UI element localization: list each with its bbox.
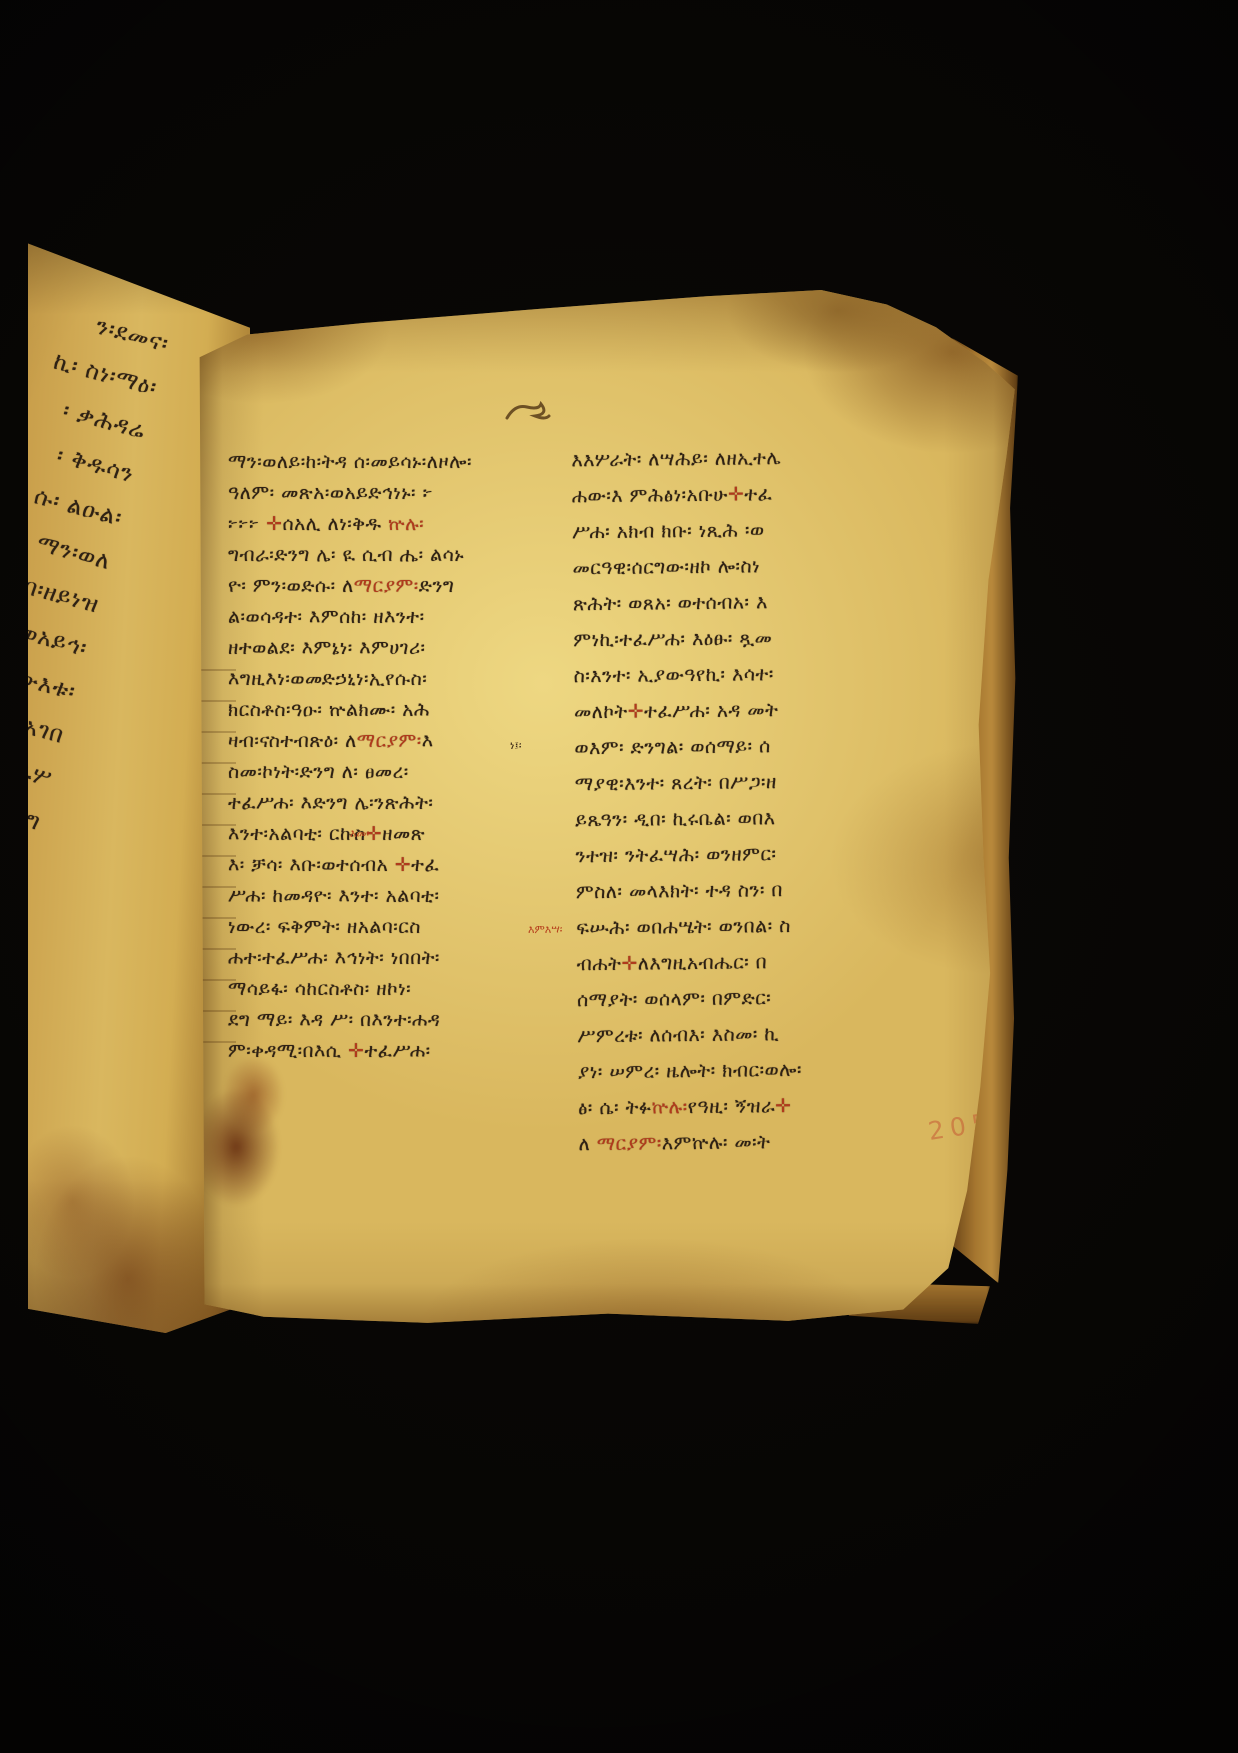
manuscript-photo: ን፡ደመና፡ኪ፡ ስነ፡ማዕ፡፡ ቃሕዳሬ፡ ቅዱሳንሱ፡ ልዑል፡እ ማን፡ወ… bbox=[0, 0, 1238, 1753]
manuscript-text-line: ይጼዓን፡ ዲበ፡ ኪሩቤል፡ ወበእ bbox=[575, 798, 1015, 839]
manuscript-text-line: ጽሕት፡ ወጸአ፡ ወተሰብአ፡ እ bbox=[573, 582, 1013, 623]
ink-text: ሥሐ፡ አክብ ክቡ፡ ነጺሕ ፡ወ bbox=[572, 519, 765, 543]
manuscript-text-line: ክርስቶስ፡ዓዑ፡ ኵልክሙ፡ አሕ bbox=[228, 695, 562, 726]
ink-text: ንግል፡ ዘእ bbox=[0, 876, 20, 923]
ink-text: ማን፡ወለይ፡ከ፡ትዳ ሰ፡መይሳኑ፡ለዞሎ፡ bbox=[228, 451, 472, 473]
rubric-text: ✛ bbox=[775, 1095, 792, 1117]
manuscript-text-line: እእሦራት፡ ለሣሕይ፡ ለዘኢተሌ bbox=[571, 438, 1011, 479]
ink-text: ለእግዚአብሔር፡ በ bbox=[638, 951, 768, 974]
ink-text: ዘተወልደ፡ እምኔነ፡ እምሀገሪ፡ bbox=[228, 637, 426, 659]
rubric-text: ✛ bbox=[395, 854, 411, 876]
ink-text: ደግ ማይ፡ እዳ ሥ፡ በእንተ፡ሐዳ bbox=[228, 1009, 440, 1031]
left-page-text: ን፡ደመና፡ኪ፡ ስነ፡ማዕ፡፡ ቃሕዳሬ፡ ቅዱሳንሱ፡ ልዑል፡እ ማን፡ወ… bbox=[0, 265, 174, 1193]
rubric-text: ✛ bbox=[348, 1040, 364, 1062]
ink-text: ሥሐ፡ ከመዳዮ፡ እንተ፡ አልባቲ፡ bbox=[228, 885, 439, 907]
ink-text: ምነኪ፡ተፈሥሐ፡ እዕፁ፡ ጿመ bbox=[573, 627, 772, 651]
ink-text: ወእም፡ ድንግል፡ ወሰማይ፡ ሰ bbox=[574, 735, 771, 759]
ink-text: ማሳይፋ፡ ሳከርስቶስ፡ ዘኮነ፡ bbox=[228, 978, 411, 1000]
ink-text: ምስለ፡ መላእክት፡ ተዳ ስን፡ በ bbox=[576, 879, 783, 903]
right-page: ማን፡ወለይ፡ከ፡ትዳ ሰ፡መይሳኑ፡ለዞሎ፡ዓለም፡ መጽአ፡ወአይድኅነኑ፡… bbox=[198, 290, 1018, 1325]
manuscript-text-line: ያነ፡ ሠምረ፡ ዜሎት፡ ክብር፡ወሎ፡ bbox=[578, 1050, 1018, 1091]
rubric-text: ማርያም፡ bbox=[357, 730, 422, 752]
interlinear-note: እምእሣ፡ bbox=[528, 924, 562, 935]
manuscript-text-line: ምስለ፡ መላእክት፡ ተዳ ስን፡ በ bbox=[576, 870, 1016, 911]
ink-text: እምኵሉ፡ መ፡ት bbox=[662, 1131, 771, 1154]
manuscript-text-line: እግዚእነ፡ወመድኃኒነ፡ኢየሱስ፡ bbox=[228, 664, 562, 695]
text-column-1: ማን፡ወለይ፡ከ፡ትዳ ሰ፡መይሳኑ፡ለዞሎ፡ዓለም፡ መጽአ፡ወአይድኅነኑ፡… bbox=[228, 447, 562, 1067]
manuscript-text-line: ዮ፡ ምን፡ወድሱ፡ ለማርያም፡ድንግ bbox=[228, 571, 562, 602]
ink-text: ለ bbox=[578, 1133, 596, 1155]
ink-text: ተፈሥሐ፡ እድንግ ሌ፡ንጽሕት፡ bbox=[228, 792, 433, 814]
manuscript-text-line: ነውረ፡ ፍቅምት፡ ዘአልባ፡ርስ bbox=[228, 912, 562, 943]
ink-text: ዮ፡ ምን፡ወድሱ፡ ለ bbox=[228, 575, 354, 597]
ink-text: ል፡ወሳዳተ፡ እምሰከ፡ ዘእንተ፡ bbox=[228, 606, 425, 628]
ink-text: ተፈ bbox=[744, 483, 772, 505]
ink-text: ቢነ፡ ወአው bbox=[0, 829, 32, 880]
ink-text: ሥምረቱ፡ ለሰብእ፡ እስመ፡ ኪ bbox=[577, 1023, 779, 1047]
ink-text: መለኮት bbox=[574, 701, 628, 724]
ink-text: ነውረ፡ ፍቅምት፡ ዘአልባ፡ርስ bbox=[228, 916, 421, 938]
manuscript-text-line: ማሳይፋ፡ ሳከርስቶስ፡ ዘኮነ፡ bbox=[228, 974, 562, 1005]
manuscript-text-line: ፍሡሕ፡ ወበሐሤት፡ ወንበል፡ ስ bbox=[576, 906, 1016, 947]
rubric-text: ✛ bbox=[266, 513, 282, 535]
rubric-text: ✛ bbox=[621, 953, 638, 975]
ink-text: ብሐት bbox=[577, 953, 622, 975]
manuscript-text-line: ል፡ወሳዳተ፡ እምሰከ፡ ዘእንተ፡ bbox=[228, 602, 562, 633]
ink-text: ፦፦፦ bbox=[228, 513, 266, 535]
manuscript-text-line: ምነኪ፡ተፈሥሐ፡ እዕፁ፡ ጿመ bbox=[573, 618, 1013, 659]
ink-text: ዘመጽ bbox=[382, 823, 425, 845]
text-column-2: እእሦራት፡ ለሣሕይ፡ ለዘኢተሌሐው፡እ ምሕፅነ፡አቡሁ✛ተፈሥሐ፡ አክ… bbox=[571, 438, 1019, 1163]
ink-text: ክርስቶስ፡ዓዑ፡ ኵልክሙ፡ አሕ bbox=[228, 699, 430, 721]
ink-text: ስመ፡ኮነት፡ድንግ ለ፡ ፀመረ፡ bbox=[228, 761, 409, 783]
manuscript-text-line: ዓለም፡ መጽአ፡ወአይድኅነኑ፡ ፦ bbox=[228, 478, 562, 509]
manuscript-text-line: ግብራ፡ድንግ ሌ፡ ዪ ሲብ ሔ፡ ልሳኑ bbox=[228, 540, 562, 571]
manuscript-text-line: ወእም፡ ድንግል፡ ወሰማይ፡ ሰ bbox=[574, 726, 1014, 767]
ink-text: ሰአሊ ለነ፡ቅዱ bbox=[283, 513, 389, 535]
ink-text: ተፈሥሐ፡ bbox=[364, 1040, 430, 1062]
manuscript-text-line: ንተዝ፡ ንትፈሣሕ፡ ወንዘምር፡ bbox=[575, 834, 1015, 875]
manuscript-text-line: ሥሐ፡ ከመዳዮ፡ እንተ፡ አልባቲ፡ bbox=[228, 881, 562, 912]
interlinear-note: እመ፡ bbox=[350, 828, 369, 839]
manuscript-text-line: ሥሐ፡ አክብ ክቡ፡ ነጺሕ ፡ወ bbox=[572, 510, 1012, 551]
ink-text: ተፈሥሐ፡ አዳ መት bbox=[644, 699, 778, 722]
ink-text: ተፈ bbox=[411, 854, 439, 876]
ink-text: ዓለም፡ መጽአ፡ወአይድኅነኑ፡ ፦ bbox=[228, 482, 433, 504]
ink-text: ንተዝ፡ ንትፈሣሕ፡ ወንዘምር፡ bbox=[575, 843, 776, 867]
manuscript-text-line: ፦፦፦ ✛ሰአሊ ለነ፡ቅዱ ኵሉ፡ bbox=[228, 509, 562, 540]
manuscript-text-line: ሐው፡እ ምሕፅነ፡አቡሁ✛ተፈ bbox=[572, 474, 1012, 515]
ink-text: እ bbox=[422, 730, 434, 752]
manuscript-text-line: ስ፡እንተ፡ ኢያውዓየኪ፡ እሳተ፡ bbox=[574, 654, 1014, 695]
ink-text: ዛብ፡ናስተብጽዕ፡ ለ bbox=[228, 730, 357, 752]
manuscript-text-line: ዘተወልደ፡ እምኔነ፡ እምሀገሪ፡ bbox=[228, 633, 562, 664]
manuscript-text-line: ተፈሥሐ፡ እድንግ ሌ፡ንጽሕት፡ bbox=[228, 788, 562, 819]
ink-text: ያነ፡ ሠምረ፡ ዜሎት፡ ክብር፡ወሎ፡ bbox=[578, 1059, 802, 1083]
ink-text: ትቢሎ፡ ተፈ bbox=[0, 914, 9, 967]
manuscript-text-line: ብሐት✛ለእግዚአብሔር፡ በ bbox=[577, 942, 1017, 983]
manuscript-text-line: ም፡ቀዳሚ፡በእሲ ✛ተፈሥሐ፡ bbox=[228, 1036, 562, 1067]
rubric-text: ኵሉ፡ bbox=[651, 1096, 687, 1118]
manuscript-text-line: ሥምረቱ፡ ለሰብእ፡ እስመ፡ ኪ bbox=[577, 1014, 1017, 1055]
rubric-text: ✛ bbox=[628, 701, 645, 723]
rubric-text: ኵሉ፡ bbox=[388, 513, 424, 535]
manuscript-text-line: ሰማያት፡ ወሰላም፡ በምድር፡ bbox=[577, 978, 1017, 1019]
manuscript-text-line: መርዓዊ፡ሰርግው፡ዘኮ ሎ፡ስነ bbox=[572, 546, 1012, 587]
ink-text: ፍሡሕ፡ ወበሐሤት፡ ወንበል፡ ስ bbox=[576, 915, 791, 939]
manuscript-text-line: ንግል፡ ዘእ bbox=[0, 830, 23, 932]
manuscript-text-line: ሐተ፡ተፈሥሐ፡ እኅነት፡ ነበበት፡ bbox=[228, 943, 562, 974]
rubric-text: ማርያም፡ bbox=[354, 575, 419, 597]
ink-text: እእሦራት፡ ለሣሕይ፡ ለዘኢተሌ bbox=[571, 447, 781, 471]
ink-text: ም፡ቀዳሚ፡በእሲ bbox=[228, 1040, 348, 1062]
ink-text: ስ፡እንተ፡ ኢያውዓየኪ፡ እሳተ፡ bbox=[574, 663, 774, 687]
manuscript-text-line: ትቢሎ፡ ተፈ bbox=[0, 874, 11, 976]
ink-text: ድንግ bbox=[419, 575, 455, 597]
ink-text: እ፡ ቻሳ፡ እቡ፡ወተሰብአ bbox=[228, 854, 395, 876]
manuscript-text-line: እንተ፡አልባቲ፡ ርኩስ✛ዘመጽ bbox=[228, 819, 562, 850]
ink-text: ጽሕት፡ ወጸአ፡ ወተሰብአ፡ እ bbox=[573, 591, 768, 615]
ink-text: ሐተ፡ተፈሥሐ፡ እኅነት፡ ነበበት፡ bbox=[228, 947, 440, 969]
rubric-text: ✛ bbox=[728, 484, 745, 506]
ink-text: ፅ፡ ሴ፡ ትፉ bbox=[578, 1097, 652, 1120]
rubric-text: ማርያም፡ bbox=[597, 1132, 662, 1155]
manuscript-text-line: ማያዊ፡እንተ፡ ጸረት፡ በሥጋ፡ዘ bbox=[575, 762, 1015, 803]
ink-text: ይጼዓን፡ ዲበ፡ ኪሩቤል፡ ወበእ bbox=[575, 807, 776, 831]
ink-text: እግዚእነ፡ወመድኃኒነ፡ኢየሱስ፡ bbox=[228, 668, 427, 690]
manuscript-text-line: ማን፡ወለይ፡ከ፡ትዳ ሰ፡መይሳኑ፡ለዞሎ፡ bbox=[228, 447, 562, 478]
ink-text: ሰማያት፡ ወሰላም፡ በምድር፡ bbox=[577, 987, 771, 1011]
ink-text: ማያዊ፡እንተ፡ ጸረት፡ በሥጋ፡ዘ bbox=[575, 771, 777, 795]
ink-flourish-mark bbox=[505, 398, 551, 432]
ink-text: ግብራ፡ድንግ ሌ፡ ዪ ሲብ ሔ፡ ልሳኑ bbox=[228, 544, 464, 566]
manuscript-text-line: ስመ፡ኮነት፡ድንግ ለ፡ ፀመረ፡ bbox=[228, 757, 562, 788]
manuscript-text-line: እ፡ ቻሳ፡ እቡ፡ወተሰብአ ✛ተፈ bbox=[228, 850, 562, 881]
ink-text: ሐው፡እ ምሕፅነ፡አቡሁ bbox=[572, 484, 728, 508]
manuscript-text-line: መለኮት✛ተፈሥሐ፡ አዳ መት bbox=[574, 690, 1014, 731]
manuscript-text-line: ደግ ማይ፡ እዳ ሥ፡ በእንተ፡ሐዳ bbox=[228, 1005, 562, 1036]
interlinear-note: ነ፤፡ bbox=[510, 740, 521, 751]
ink-text: መርዓዊ፡ሰርግው፡ዘኮ ሎ፡ስነ bbox=[572, 555, 760, 579]
ink-text: እንተ፡አልባቲ፡ ርኩስ bbox=[228, 823, 366, 845]
ink-text: የዓዚ፡ ኝዝራ bbox=[688, 1095, 776, 1118]
